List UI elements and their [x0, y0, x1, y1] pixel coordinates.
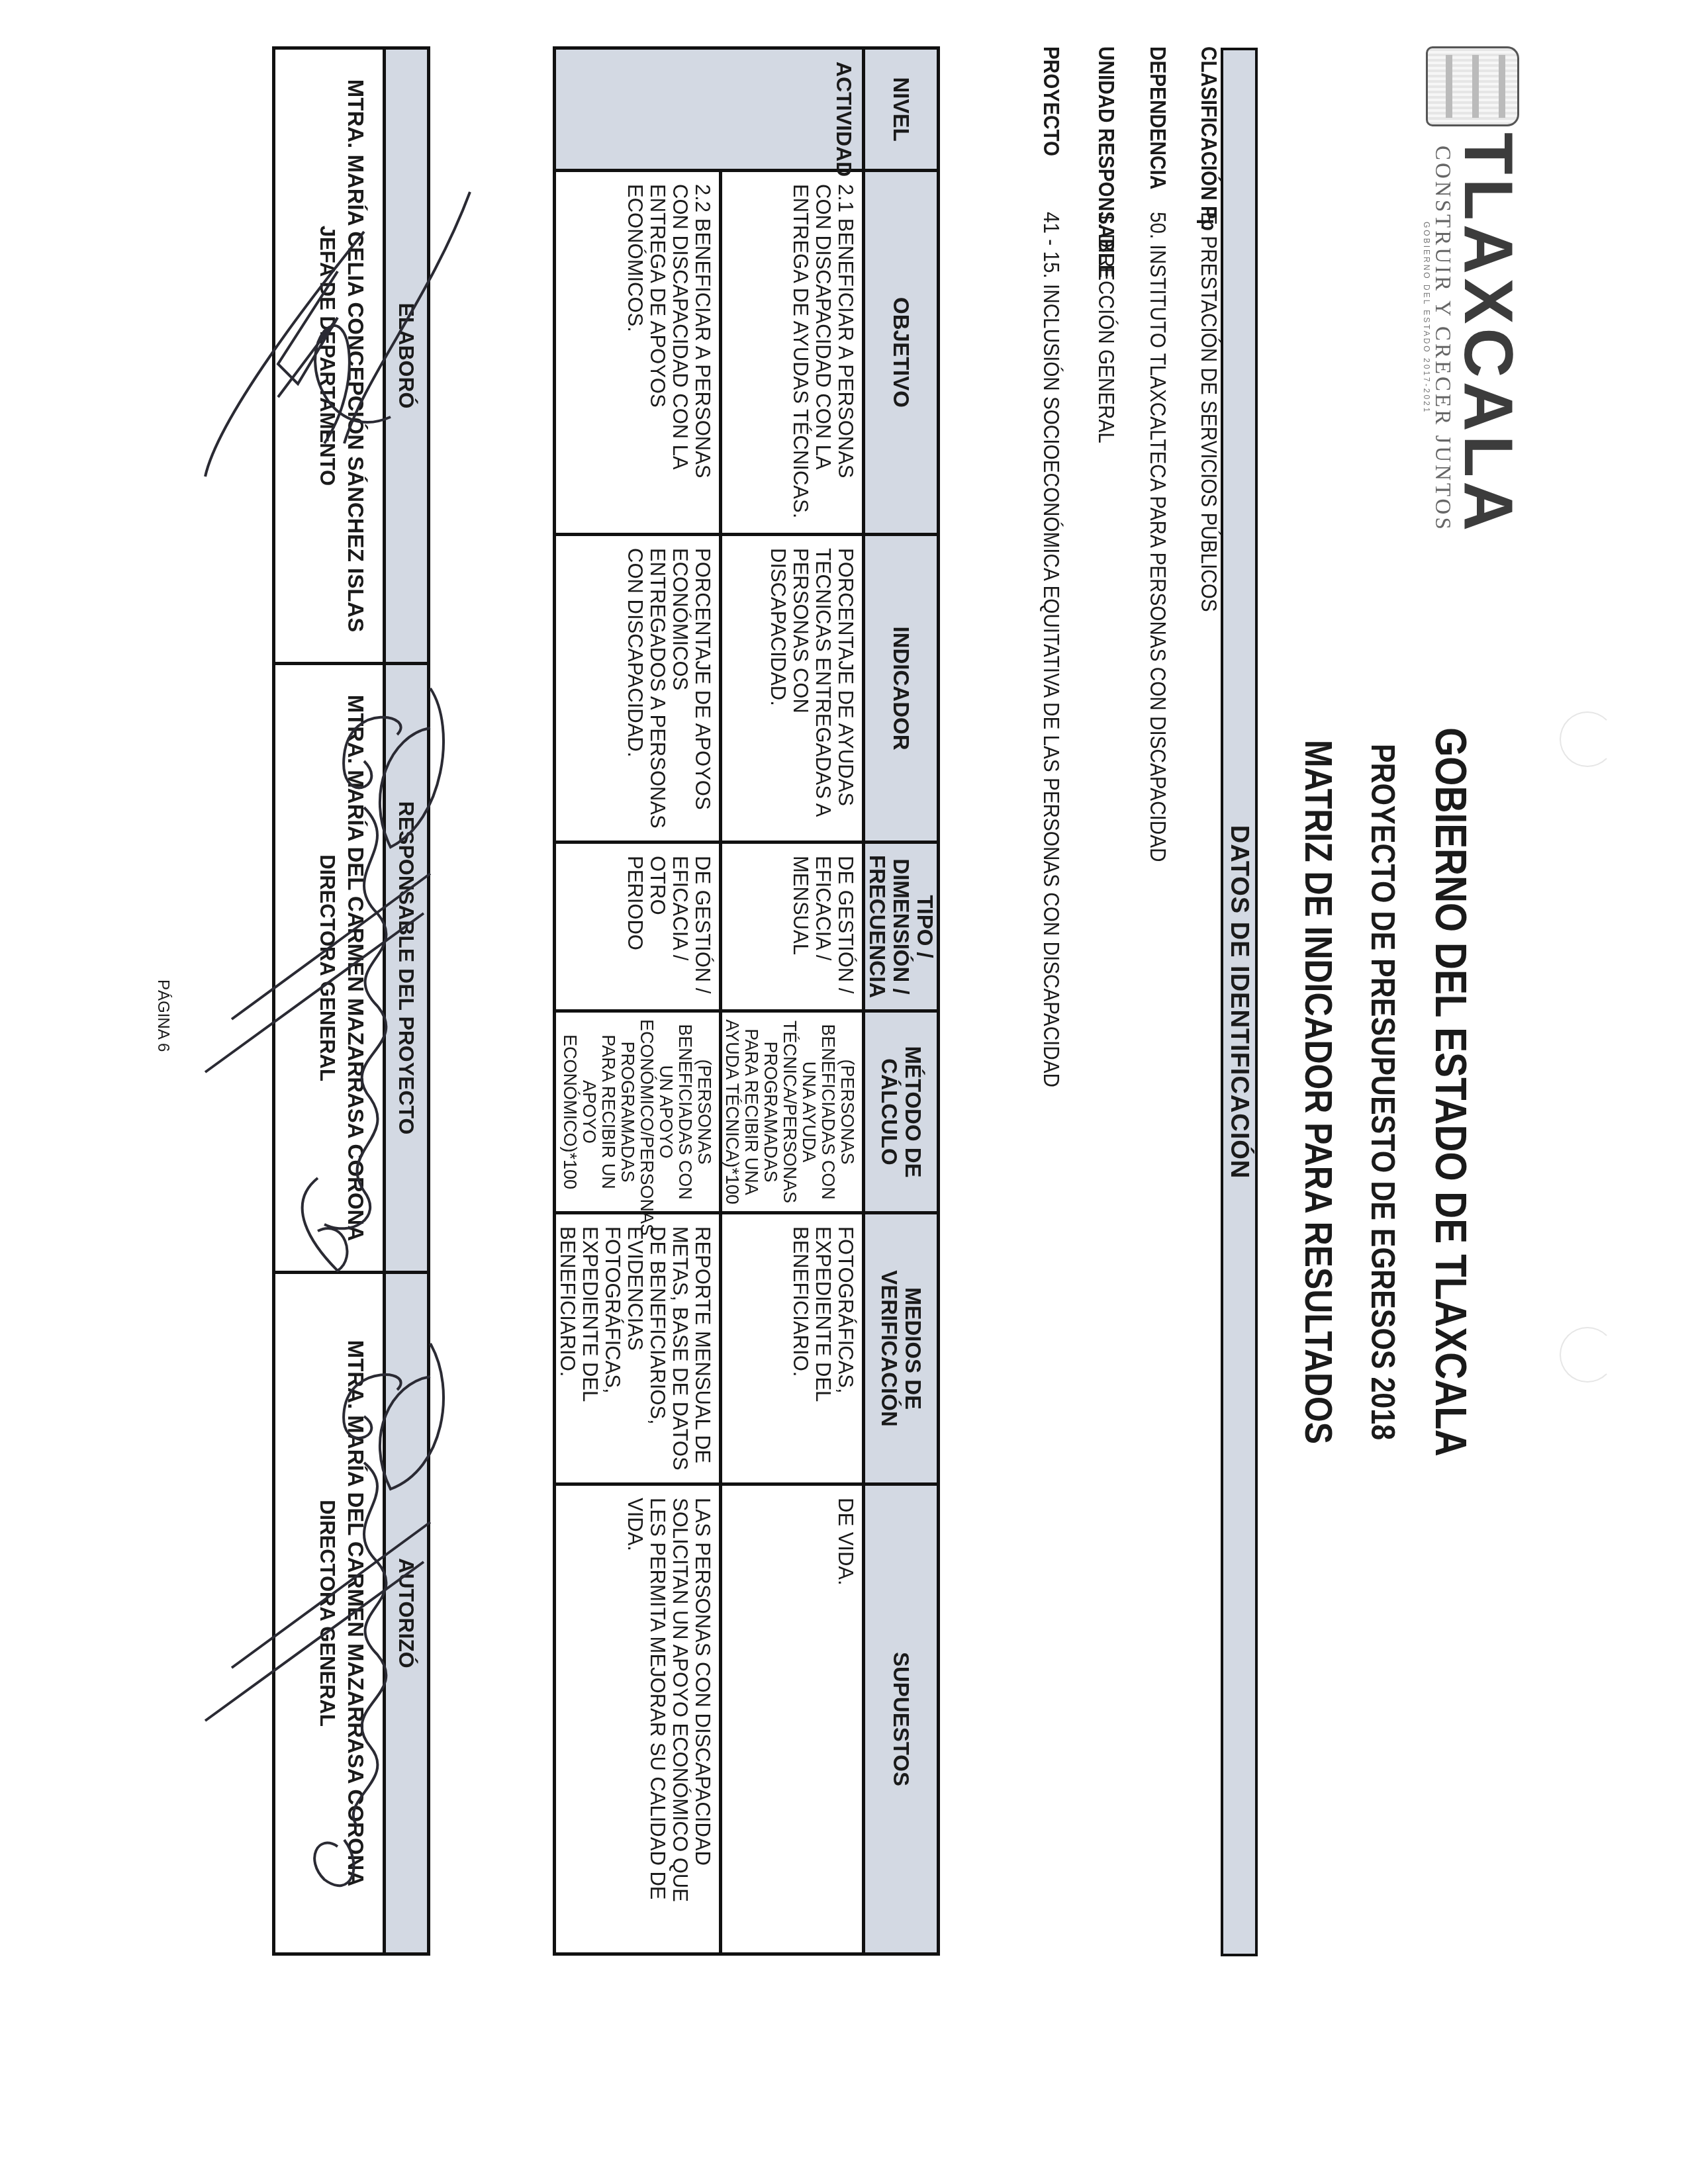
page-number: PÁGINA 6 [154, 979, 172, 1052]
state-crest-icon [1426, 46, 1519, 126]
cell-nivel: ACTIVIDAD [555, 48, 864, 171]
identification-section-header: DATOS DE IDENTIFICACIÓN [1221, 48, 1258, 1956]
column-header-indicador: INDICADOR [864, 535, 939, 842]
signer-role: DIRECTORA GENERAL [315, 665, 339, 1271]
signature-heading-responsable: RESPONSABLE DEL PROYECTO [385, 664, 429, 1273]
signature-block-responsable: MTRA. MARÍA DEL CARMEN MAZARRASA CORONA … [274, 664, 385, 1273]
column-header-nivel: NIVEL [864, 48, 939, 171]
signer-role: JEFA DE DEPARTAMENTO [315, 50, 339, 662]
table-row: ACTIVIDAD 2.1 BENEFICIAR A PERSONAS CON … [721, 48, 864, 1954]
cell-indicador: PORCENTAJE DE AYUDAS TECNICAS ENTREGADAS… [721, 535, 864, 842]
column-header-tipo: TIPO / DIMENSIÓN / FRECUENCIA [864, 842, 939, 1011]
cell-metodo: (PERSONAS BENEFICIADAS CON UN APOYO ECON… [555, 1011, 721, 1213]
column-header-medios: MEDIOS DE VERIFICACIÓN [864, 1213, 939, 1484]
column-header-supuestos: SUPUESTOS [864, 1484, 939, 1954]
field-value-unidad-responsable: 1. DIRECCIÓN GENERAL [1094, 212, 1119, 443]
cell-indicador: PORCENTAJE DE APOYOS ECONÓMICOS ENTREGAD… [555, 535, 721, 842]
column-header-objetivo: OBJETIVO [864, 171, 939, 535]
document-page: TLAXCALA CONSTRUIR Y CRECER JUNTOS GOBIE… [0, 0, 1688, 2184]
signer-name: MTRA. MARÍA DEL CARMEN MAZARRASA CORONA [343, 665, 368, 1271]
field-label-dependencia: DEPENDENCIA [1145, 46, 1170, 189]
punch-hole-mark [1560, 711, 1615, 767]
punch-hole-mark [1560, 1327, 1615, 1383]
cell-supuestos: LAS PERSONAS CON DISCAPACIDAD SOLICITAN … [555, 1484, 721, 1954]
document-title: MATRIZ DE INDICADOR PARA RESULTADOS [1296, 153, 1340, 2031]
signer-name: MTRA. MARÍA DEL CARMEN MAZARRASA CORONA [343, 1274, 368, 1952]
table-header-row: NIVEL OBJETIVO INDICADOR TIPO / DIMENSIÓ… [864, 48, 939, 1954]
indicator-matrix-table: NIVEL OBJETIVO INDICADOR TIPO / DIMENSIÓ… [553, 46, 940, 1956]
field-label-clasificacion: CLASIFICACIÓN Pp [1196, 46, 1221, 231]
signature-heading-autorizo: AUTORIZÓ [385, 1273, 429, 1954]
cell-tipo: DE GESTIÓN / EFICACIA / OTRO PERIODO [555, 842, 721, 1011]
page-title: GOBIERNO DEL ESTADO DE TLAXCALA [1426, 153, 1476, 2031]
cell-medios: REPORTE MENSUAL DE METAS, BASE DE DATOS … [555, 1213, 721, 1484]
cell-supuestos: DE VIDA. [721, 1484, 864, 1954]
cell-objetivo: 2.2 BENEFICIAR A PERSONAS CON DISCAPACID… [555, 171, 721, 535]
signature-block-autorizo: MTRA. MARÍA DEL CARMEN MAZARRASA CORONA … [274, 1273, 385, 1954]
field-value-dependencia: 50. INSTITUTO TLAXCALTECA PARA PERSONAS … [1145, 212, 1170, 862]
cell-medios: FOTOGRÁFICAS, EXPEDIENTE DEL BENEFICIARI… [721, 1213, 864, 1484]
signature-table: ELABORÓ RESPONSABLE DEL PROYECTO AUTORIZ… [272, 46, 430, 1956]
column-header-metodo: MÉTODO DE CÁLCULO [864, 1011, 939, 1213]
field-label-proyecto: PROYECTO [1039, 46, 1064, 156]
cell-objetivo: 2.1 BENEFICIAR A PERSONAS CON DISCAPACID… [721, 171, 864, 535]
signer-name: MTRA. MARÍA CELIA CONCEPCIÓN SÁNCHEZ ISL… [343, 50, 368, 662]
cell-metodo: (PERSONAS BENEFICIADAS CON UNA AYUDA TÉC… [721, 1011, 864, 1213]
signature-block-elaboro: MTRA. MARÍA CELIA CONCEPCIÓN SÁNCHEZ ISL… [274, 48, 385, 664]
page-subtitle: PROYECTO DE PRESUPUESTO DE EGRESOS 2018 [1364, 153, 1402, 2031]
field-value-clasificacion: E. PRESTACIÓN DE SERVICIOS PÚBLICOS [1196, 212, 1221, 612]
cell-tipo: DE GESTIÓN / EFICACIA / MENSUAL [721, 842, 864, 1011]
field-value-proyecto: 41 - 15. INCLUSIÓN SOCIOECONÓMICA EQUITA… [1039, 212, 1064, 1087]
signer-role: DIRECTORA GENERAL [315, 1274, 339, 1952]
signature-heading-elaboro: ELABORÓ [385, 48, 429, 664]
table-row: 2.2 BENEFICIAR A PERSONAS CON DISCAPACID… [555, 48, 721, 1954]
